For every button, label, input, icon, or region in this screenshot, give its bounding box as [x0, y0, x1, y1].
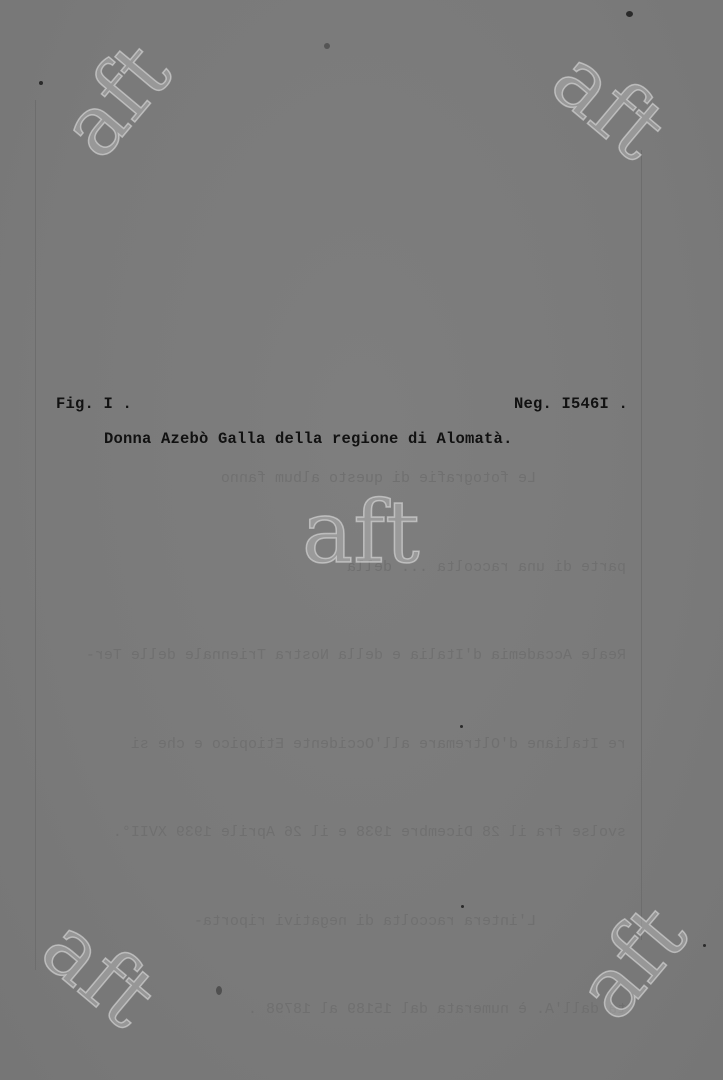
bleed-line: re Italiane d'Oltremare all'Occidente Et…: [56, 730, 626, 760]
scanned-page: Le fotografie di questo album fanno part…: [0, 0, 723, 1080]
watermark-top-left: aft: [46, 29, 184, 171]
bleed-line: Reale Accademia d'Italia e della Nostra …: [56, 641, 626, 671]
page-edge-left: [35, 100, 36, 970]
page-edge-right: [641, 150, 642, 940]
watermark-center: aft: [302, 490, 420, 576]
dust-speck: [626, 11, 633, 17]
watermark-top-right: aft: [538, 35, 680, 173]
dust-speck: [39, 81, 43, 85]
dust-speck: [324, 43, 330, 49]
figure-label: Fig. I .: [56, 395, 132, 413]
photo-caption: Donna Azebò Galla della regione di Aloma…: [104, 430, 513, 448]
negative-number: Neg. I546I .: [514, 395, 628, 413]
bleed-line: L'intera raccolta di negativi riporta-: [56, 907, 626, 937]
bleed-line: svolse fra il 28 Dicembre 1938 e il 26 A…: [56, 818, 626, 848]
